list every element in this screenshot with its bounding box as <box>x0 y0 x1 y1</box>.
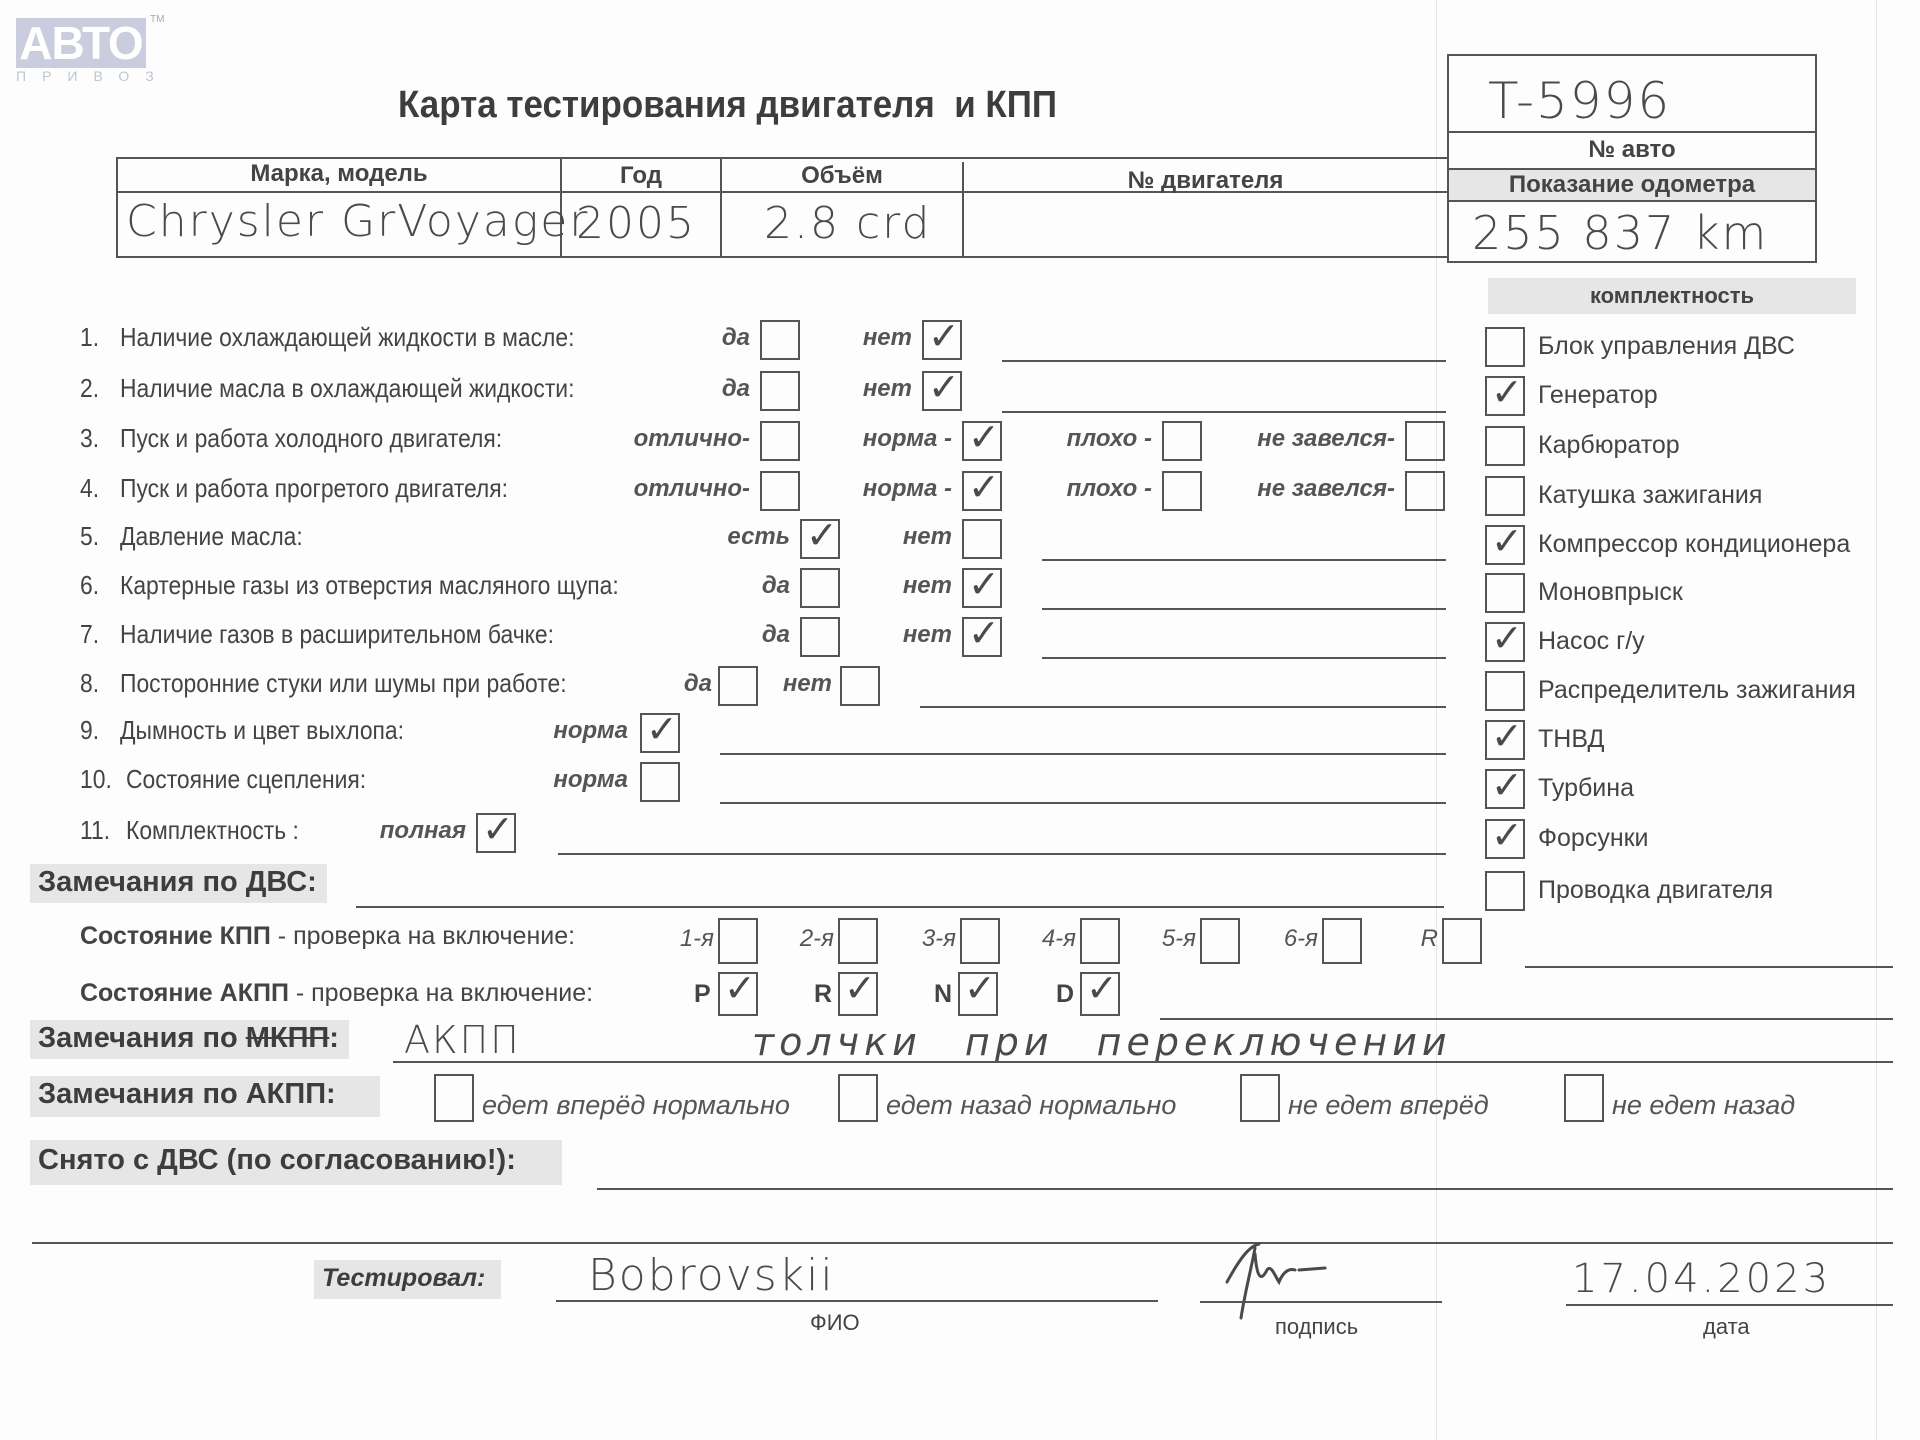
akpp-remark-checkbox[interactable] <box>838 1074 878 1122</box>
option-label: полная <box>266 817 466 845</box>
note-field[interactable] <box>1042 657 1446 659</box>
completeness-label: Насос г/у <box>1538 627 1645 656</box>
signature-caption: подпись <box>1275 1314 1358 1340</box>
position-label: P <box>694 980 711 1009</box>
check-number: 11. <box>80 815 110 846</box>
volume-header: Объём <box>722 162 962 190</box>
check-label: Состояние сцепления: <box>126 764 366 795</box>
check-number: 4. <box>80 473 99 504</box>
option-checkbox[interactable] <box>640 762 680 802</box>
option-checkbox[interactable] <box>962 617 1002 657</box>
odometer-value[interactable]: 255 837 km <box>1472 206 1768 260</box>
option-label: нет <box>752 523 952 551</box>
logo-text: АВТО <box>19 17 142 69</box>
option-label: норма <box>428 766 628 794</box>
position-label: N <box>934 980 952 1009</box>
scan-artifact-line <box>1436 0 1437 1440</box>
make-model-value[interactable]: Chrysler GrVoyager <box>126 196 589 247</box>
check-label: Наличие газов в расширительном бачке: <box>120 619 554 650</box>
option-checkbox[interactable] <box>962 568 1002 608</box>
name-caption: ФИО <box>810 1310 860 1336</box>
option-label: плохо - <box>952 475 1152 503</box>
note-field[interactable] <box>720 802 1446 804</box>
gear-checkbox[interactable] <box>1080 918 1120 964</box>
option-label: нет <box>752 621 952 649</box>
check-label: Посторонние стуки или шумы при работе: <box>120 668 567 699</box>
engine-remarks-field[interactable] <box>356 906 1444 908</box>
option-label: не завелся- <box>1195 475 1395 503</box>
gear-checkbox[interactable] <box>1442 918 1482 964</box>
note-field[interactable] <box>1002 360 1446 362</box>
option-checkbox[interactable] <box>476 813 516 853</box>
option-label: нет <box>712 324 912 352</box>
auto-number-label: № авто <box>1449 136 1815 164</box>
akpp-remark-label: едет назад нормально <box>886 1090 1176 1121</box>
check-label: Давление масла: <box>120 521 303 552</box>
gear-checkbox[interactable] <box>1322 918 1362 964</box>
completeness-checkbox[interactable] <box>1485 671 1525 711</box>
option-checkbox[interactable] <box>840 666 880 706</box>
option-checkbox[interactable] <box>640 713 680 753</box>
check-number: 7. <box>80 619 99 650</box>
logo-subtitle: ПРИВОЗ <box>16 68 170 84</box>
name-field[interactable] <box>556 1300 1158 1302</box>
brand-logo: АВТО <box>16 18 146 68</box>
removed-field[interactable] <box>597 1188 1893 1190</box>
note-field[interactable] <box>720 753 1446 755</box>
completeness-checkbox[interactable] <box>1485 622 1525 662</box>
option-label: отлично- <box>550 475 750 503</box>
engine-no-header: № двигателя <box>964 167 1447 195</box>
removed-label: Снято с ДВС (по согласованию!): <box>30 1140 562 1185</box>
gearbox-remarks-label: Замечания по МКПП: <box>30 1020 349 1059</box>
completeness-checkbox[interactable] <box>1485 871 1525 911</box>
check-number: 10. <box>80 764 112 795</box>
signature-field[interactable] <box>1200 1301 1442 1303</box>
akpp-remark-label: не едет назад <box>1612 1090 1795 1121</box>
gear-checkbox[interactable] <box>1200 918 1240 964</box>
check-label: Пуск и работа прогретого двигателя: <box>120 473 508 504</box>
completeness-header: комплектность <box>1488 278 1856 314</box>
completeness-checkbox[interactable] <box>1485 769 1525 809</box>
completeness-checkbox[interactable] <box>1485 476 1525 516</box>
option-label: норма - <box>752 475 952 503</box>
akpp-remark-checkbox[interactable] <box>1564 1074 1604 1122</box>
gear-label: R <box>1380 925 1438 953</box>
check-label: Картерные газы из отверстия масляного щу… <box>120 570 619 601</box>
option-label: норма - <box>752 425 952 453</box>
check-number: 8. <box>80 668 99 699</box>
date-value[interactable]: 17.04.2023 <box>1572 1256 1831 1302</box>
gear-checkbox[interactable] <box>838 918 878 964</box>
gear-checkbox[interactable] <box>718 918 758 964</box>
completeness-checkbox[interactable] <box>1485 376 1525 416</box>
completeness-label: Моновпрыск <box>1538 578 1683 607</box>
akpp-remark-label: не едет вперёд <box>1288 1090 1489 1121</box>
signature-mark <box>1225 1240 1355 1320</box>
volume-value[interactable]: 2.8 crd <box>764 198 931 249</box>
completeness-label: Карбюратор <box>1538 431 1680 460</box>
auto-number-value[interactable]: T-5996 <box>1488 72 1671 130</box>
engine-remarks-label: Замечания по ДВС: <box>30 864 327 903</box>
option-checkbox[interactable] <box>962 519 1002 559</box>
option-label: нет <box>632 670 832 698</box>
check-number: 3. <box>80 423 99 454</box>
option-checkbox[interactable] <box>922 371 962 411</box>
completeness-checkbox[interactable] <box>1485 573 1525 613</box>
gear-checkbox[interactable] <box>960 918 1000 964</box>
completeness-label: Блок управления ДВС <box>1538 332 1795 361</box>
completeness-label: Генератор <box>1538 381 1658 410</box>
tester-name-value[interactable]: Bobrovskii <box>588 1250 835 1301</box>
date-field[interactable] <box>1566 1304 1893 1306</box>
gear-label: 3-я <box>898 925 956 953</box>
option-label: нет <box>752 572 952 600</box>
akpp-remark-checkbox[interactable] <box>1240 1074 1280 1122</box>
completeness-label: ТНВД <box>1538 725 1604 754</box>
manual-gearbox-label: Состояние КПП - проверка на включение: <box>80 922 575 951</box>
note-field[interactable] <box>558 853 1446 855</box>
option-label: нет <box>712 375 912 403</box>
completeness-label: Форсунки <box>1538 824 1649 853</box>
gearbox-remarks-value-right[interactable]: толчки при переключении <box>752 1020 1452 1064</box>
check-number: 6. <box>80 570 99 601</box>
gearbox-remarks-field[interactable] <box>393 1061 1893 1063</box>
gear-label: 5-я <box>1138 925 1196 953</box>
gear-label: 6-я <box>1260 925 1318 953</box>
option-checkbox[interactable] <box>922 320 962 360</box>
make-model-header: Марка, модель <box>118 160 560 188</box>
position-checkbox[interactable] <box>838 972 878 1016</box>
position-checkbox[interactable] <box>718 972 758 1016</box>
gear-label: 4-я <box>1018 925 1076 953</box>
note-field[interactable] <box>1002 411 1446 413</box>
note-field[interactable] <box>1042 608 1446 610</box>
check-number: 1. <box>80 322 99 353</box>
completeness-label: Турбина <box>1538 774 1634 803</box>
option-checkbox[interactable] <box>1405 471 1445 511</box>
completeness-checkbox[interactable] <box>1485 525 1525 565</box>
gearbox-remarks-value-left[interactable]: АКПП <box>404 1018 521 1062</box>
option-checkbox[interactable] <box>1405 421 1445 461</box>
year-header: Год <box>562 162 720 190</box>
check-label: Наличие охлаждающей жидкости в масле: <box>120 322 574 353</box>
completeness-label: Катушка зажигания <box>1538 481 1762 510</box>
check-label: Дымность и цвет выхлопа: <box>120 715 404 746</box>
gear-label: 1-я <box>656 925 714 953</box>
check-label: Наличие масла в охлаждающей жидкости: <box>120 373 574 404</box>
completeness-checkbox[interactable] <box>1485 720 1525 760</box>
check-number: 9. <box>80 715 99 746</box>
akpp-remarks-label: Замечания по АКПП: <box>30 1076 380 1117</box>
position-checkbox[interactable] <box>1080 972 1120 1016</box>
note-field[interactable] <box>920 706 1446 708</box>
option-label: норма <box>428 717 628 745</box>
completeness-label: Проводка двигателя <box>1538 876 1773 905</box>
option-label: не завелся- <box>1195 425 1395 453</box>
auto-gearbox-label: Состояние АКПП - проверка на включение: <box>80 979 593 1008</box>
check-label: Пуск и работа холодного двигателя: <box>120 423 502 454</box>
year-value[interactable]: 2005 <box>576 198 696 249</box>
completeness-label: Распределитель зажигания <box>1538 676 1856 705</box>
position-label: D <box>1056 980 1074 1009</box>
date-caption: дата <box>1703 1314 1750 1340</box>
check-number: 5. <box>80 521 99 552</box>
note-field[interactable] <box>1042 559 1446 561</box>
logo-trademark: TM <box>150 14 164 25</box>
page-title: Карта тестирования двигателя и КПП <box>398 84 1057 127</box>
option-label: отлично- <box>550 425 750 453</box>
completeness-label: Компрессор кондиционера <box>1538 530 1850 559</box>
completeness-checkbox[interactable] <box>1485 327 1525 367</box>
scan-artifact-line <box>1876 0 1877 1440</box>
tested-by-label: Тестировал: <box>314 1260 501 1299</box>
check-number: 2. <box>80 373 99 404</box>
akpp-remark-label: едет вперёд нормально <box>482 1090 790 1121</box>
akpp-remark-checkbox[interactable] <box>434 1074 474 1122</box>
option-label: плохо - <box>952 425 1152 453</box>
completeness-checkbox[interactable] <box>1485 426 1525 466</box>
gear-label: 2-я <box>776 925 834 953</box>
completeness-checkbox[interactable] <box>1485 819 1525 859</box>
odometer-label: Показание одометра <box>1449 170 1815 200</box>
position-checkbox[interactable] <box>958 972 998 1016</box>
position-label: R <box>814 980 832 1009</box>
